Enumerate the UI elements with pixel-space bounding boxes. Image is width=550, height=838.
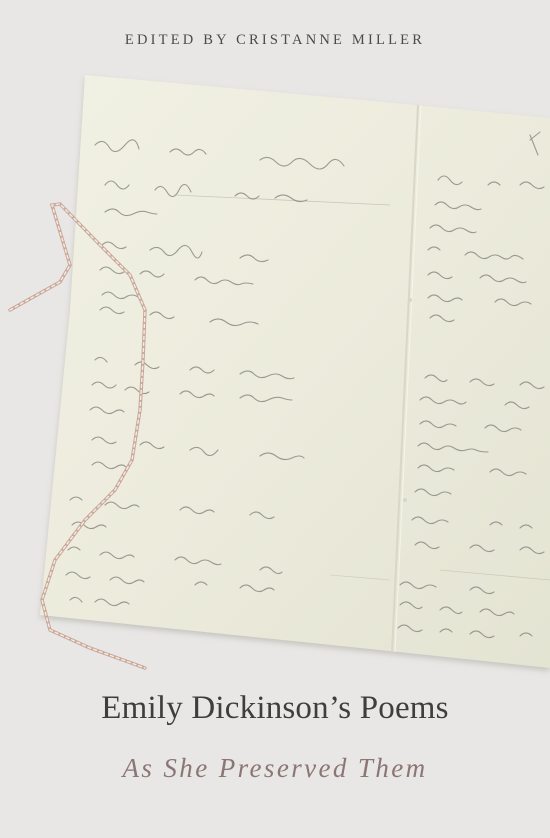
book-cover: EDITED BY CRISTANNE MILLER [0, 0, 550, 838]
manuscript-illustration [0, 0, 550, 700]
book-title: Emily Dickinson’s Poems [0, 690, 550, 727]
paper-sheet [40, 75, 550, 668]
book-subtitle: As She Preserved Them [0, 753, 550, 784]
